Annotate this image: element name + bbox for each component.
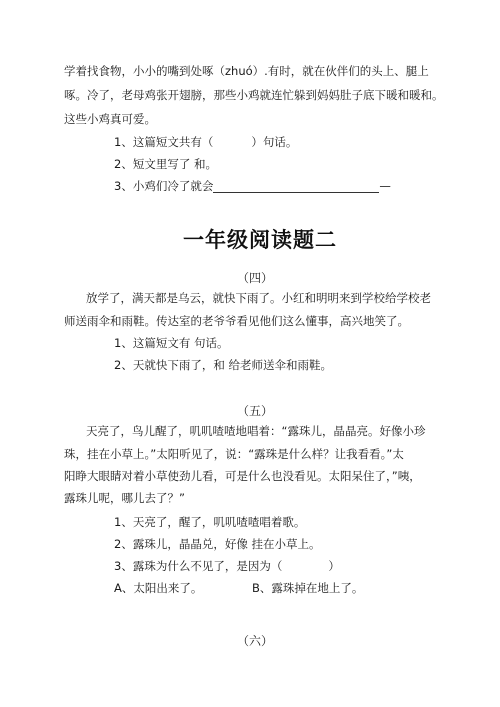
section5-option-b: B、露珠掉在地上了。 bbox=[252, 581, 363, 595]
section5-line-4: 露珠儿呢，哪儿去了？” bbox=[64, 491, 185, 505]
section5-line-2: 珠，挂在小草上。”太阳听见了，说：“露珠是什么样？让我看看。”太 bbox=[64, 447, 404, 461]
question-text: 3、露珠为什么不见了，是因为（ bbox=[114, 559, 282, 573]
section4-line-1: 放学了，满天都是乌云，就快下雨了。小红和明明来到学校给学校老 bbox=[86, 291, 431, 305]
passage-line-2: 啄。冷了，老母鸡张开翅膀，那些小鸡就连忙躲到妈妈肚子底下暖和暖和。 bbox=[64, 88, 444, 102]
section4-line-2: 师送雨伞和雨鞋。传达室的老爷爷看见他们这么懂事，高兴地笑了。 bbox=[64, 314, 409, 328]
section5-line-1: 天亮了，鸟儿醒了，叽叽喳喳地唱着：“露珠儿，晶晶亮。好像小珍 bbox=[86, 424, 425, 438]
question-text: ）句话。 bbox=[251, 135, 297, 149]
section5-line-3: 阳睁大眼睛对着小草使劲儿看，可是什么也没看见。太阳呆住了，”咦， bbox=[64, 469, 421, 483]
section-label-4: （四） bbox=[0, 269, 500, 286]
section5-question-3: 3、露珠为什么不见了，是因为（） bbox=[114, 559, 340, 573]
question-text: ） bbox=[328, 559, 340, 573]
passage-line-1: 学着找食物，小小的嘴到处啄（zhuó）.有时，就在伙伴们的头上、腿上 bbox=[64, 64, 429, 78]
question-3: 3、小鸡们冷了就会— bbox=[114, 179, 391, 193]
section-label-6: （六） bbox=[0, 632, 500, 649]
page-title: 一年级阅读题二 bbox=[0, 224, 500, 254]
section5-question-1: 1、天亮了，醒了，叽叽喳喳唱着歌。 bbox=[114, 515, 305, 529]
question-1: 1、这篇短文共有（）句话。 bbox=[114, 135, 297, 149]
question-2: 2、短文里写了 和。 bbox=[114, 157, 217, 171]
answer-underline bbox=[213, 180, 379, 193]
section5-option-a: A、太阳出来了。 bbox=[114, 581, 202, 595]
passage-line-3: 这些小鸡真可爱。 bbox=[64, 112, 156, 126]
section5-question-2: 2、露珠儿，晶晶兑，好像 挂在小草上。 bbox=[114, 537, 320, 551]
question-text: 1、这篇短文共有（ bbox=[114, 135, 213, 149]
section-label-5: （五） bbox=[0, 402, 500, 419]
question-text: 3、小鸡们冷了就会 bbox=[114, 179, 213, 193]
section4-question-1: 1、这篇短文有 句话。 bbox=[114, 336, 228, 350]
question-text: — bbox=[379, 179, 391, 193]
section4-question-2: 2、天就快下雨了，和 给老师送伞和雨鞋。 bbox=[114, 358, 332, 372]
